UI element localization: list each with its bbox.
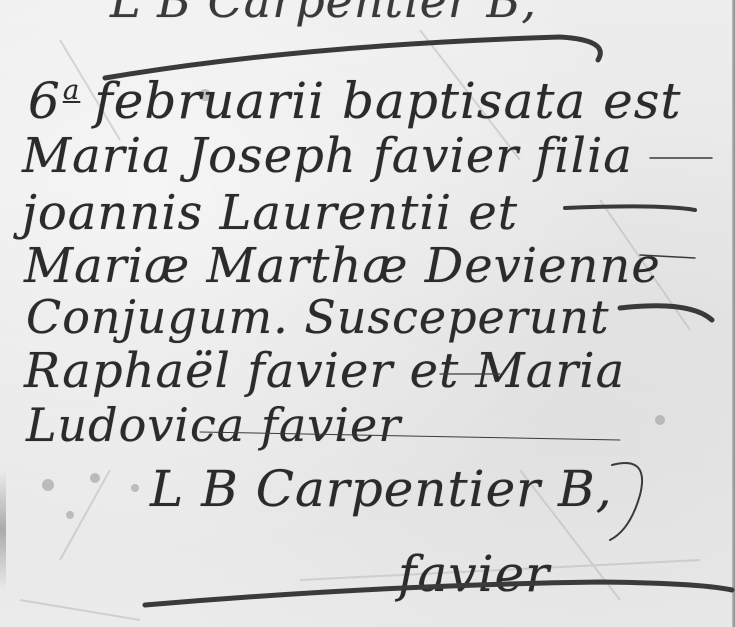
entry-line-date: 6afebruarii baptisata est	[28, 72, 682, 130]
date-day: 6	[28, 72, 61, 130]
entry-line-2: Maria Joseph favier filia	[22, 128, 633, 184]
witness-signature: favier	[398, 545, 550, 603]
page-edge-stain	[0, 470, 6, 590]
entry-line-3: joannis Laurentii et	[22, 185, 518, 241]
entry-line-4: Mariæ Marthæ Devienne	[24, 238, 661, 294]
entry-line-5: Conjugum. Susceperunt	[26, 290, 609, 344]
entry-line-6: Raphaël favier et Maria	[24, 343, 625, 399]
date-suffix: a	[63, 74, 80, 106]
entry-line-7: Ludovica favier	[26, 398, 401, 452]
document-page: L B Carpentier B, 6afebruarii baptisata …	[0, 0, 735, 627]
previous-entry-signature: L B Carpentier B,	[110, 0, 537, 28]
priest-signature: L B Carpentier B,	[150, 460, 613, 518]
entry-line-1-text: februarii baptisata est	[94, 72, 681, 130]
